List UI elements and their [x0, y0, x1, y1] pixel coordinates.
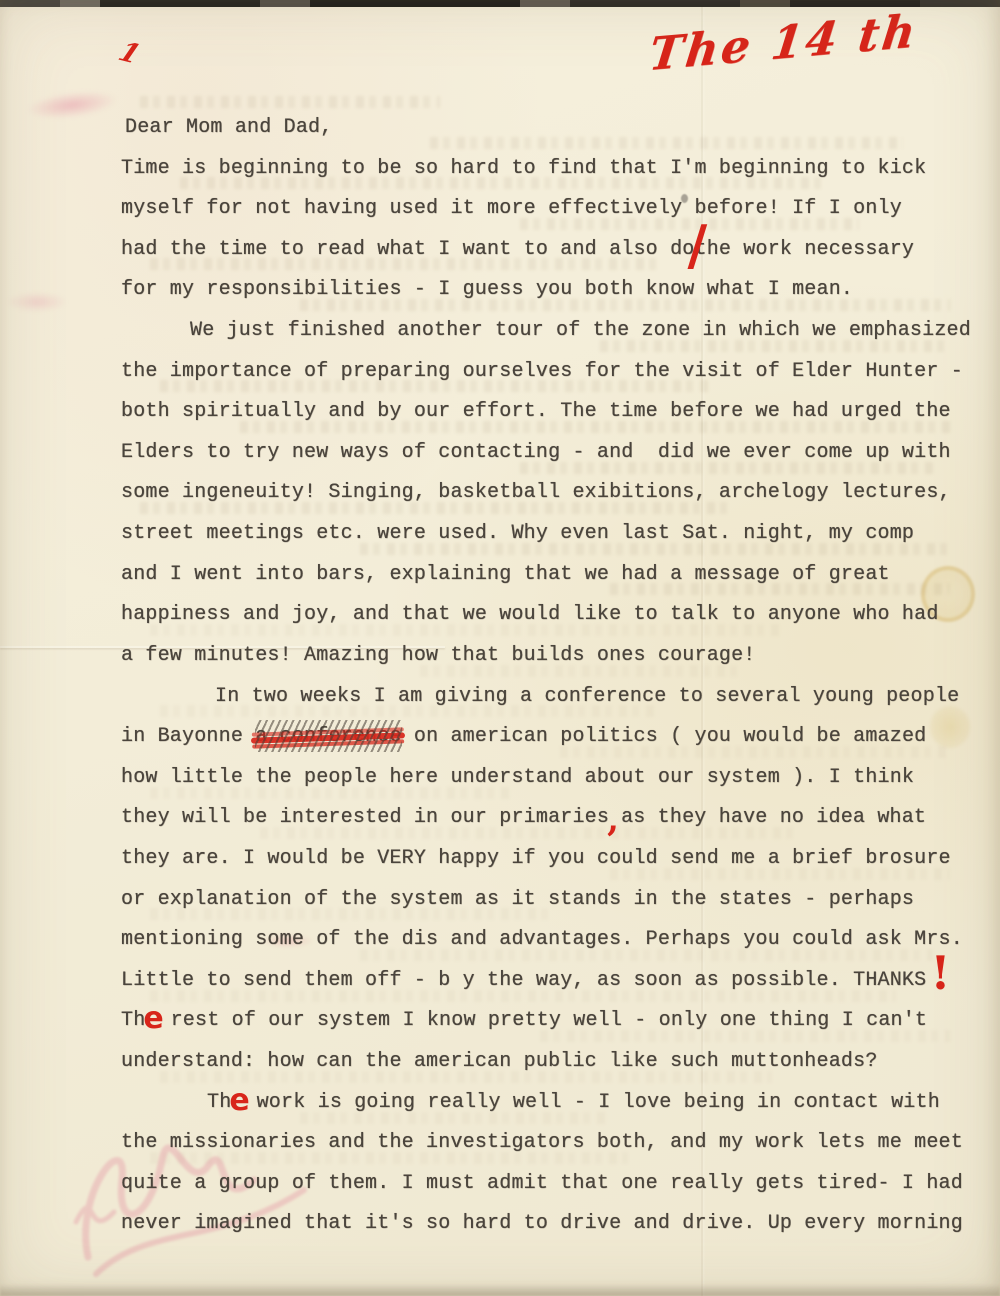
- letter-line: they will be interested in our primaries…: [121, 798, 981, 839]
- text-segment: as they have no idea what: [621, 806, 926, 829]
- text-segment: and I went into bars, explaining that we…: [121, 563, 890, 586]
- text-segment: the missionaries and the investigators b…: [121, 1131, 963, 1154]
- text-segment: mentioning some of the dis and advantage…: [121, 928, 963, 951]
- text-segment: a few minutes! Amazing how that builds o…: [121, 644, 756, 667]
- letter-line: Little to send them off - b y the way, a…: [121, 961, 981, 1002]
- text-segment: the importance of preparing ourselves fo…: [121, 360, 963, 383]
- letter-line: for my responsibilities - I guess you bo…: [121, 270, 981, 311]
- handwritten-page-number: 1: [114, 37, 145, 70]
- letter-line: or explanation of the system as it stand…: [121, 880, 981, 921]
- text-segment: for my responsibilities - I guess you bo…: [121, 278, 853, 301]
- ink-smudge: [25, 86, 119, 123]
- letter-line: The rest of our system I know pretty wel…: [121, 1001, 981, 1042]
- text-segment: Time is beginning to be so hard to find …: [121, 157, 926, 180]
- letter-line: street meetings etc. were used. Why even…: [121, 514, 981, 555]
- letter-line: the importance of preparing ourselves fo…: [121, 352, 981, 393]
- letter-line: mentioning some of the dis and advantage…: [121, 920, 981, 961]
- letter-line: Dear Mom and Dad,: [121, 108, 981, 149]
- letter-line: the missionaries and the investigators b…: [121, 1123, 981, 1164]
- text-segment: understand: how can the american public …: [121, 1050, 878, 1073]
- letter-line: The work is going really well - I love b…: [121, 1083, 981, 1124]
- letter-line: they are. I would be VERY happy if you c…: [121, 839, 981, 880]
- letter-line: myself for not having used it more effec…: [121, 189, 981, 230]
- text-segment: Little to send them off - b y the way, a…: [121, 969, 926, 992]
- letter-line: and I went into bars, explaining that we…: [121, 555, 981, 596]
- text-segment: they will be interested in our primaries: [121, 806, 609, 829]
- text-segment: street meetings etc. were used. Why even…: [121, 522, 914, 545]
- letter-page: The 14 th 1 Dear Mom and Dad,Time is beg…: [0, 0, 1000, 1296]
- text-segment: work is going really well - I love being…: [244, 1091, 940, 1114]
- strikethrough-correction: a conference: [255, 717, 401, 758]
- letter-line: happiness and joy, and that we would lik…: [121, 595, 981, 636]
- letter-line: We just finished another tour of the zon…: [121, 311, 981, 352]
- text-segment: Dear Mom and Dad,: [125, 116, 332, 139]
- text-segment: happiness and joy, and that we would lik…: [121, 603, 939, 626]
- text-segment: Th: [207, 1091, 231, 1114]
- letter-body: Dear Mom and Dad,Time is beginning to be…: [121, 108, 981, 1245]
- letter-line: a few minutes! Amazing how that builds o…: [121, 636, 981, 677]
- text-segment: had the time to read what I want to and …: [121, 238, 695, 261]
- bleed-through-row: [140, 96, 440, 108]
- text-segment: never imagined that it's so hard to driv…: [121, 1212, 963, 1235]
- letter-line: had the time to read what I want to and …: [121, 230, 981, 271]
- text-segment: We just finished another tour of the zon…: [190, 319, 971, 342]
- letter-line: never imagined that it's so hard to driv…: [121, 1204, 981, 1245]
- text-segment: or explanation of the system as it stand…: [121, 888, 914, 911]
- letter-line: In two weeks I am giving a conference to…: [121, 677, 981, 718]
- letter-line: how little the people here understand ab…: [121, 758, 981, 799]
- text-segment: rest of our system I know pretty well - …: [158, 1009, 927, 1032]
- text-segment: how little the people here understand ab…: [121, 766, 914, 789]
- letter-line: some ingeneuity! Singing, basketball exi…: [121, 473, 981, 514]
- scan-top-edge: [0, 0, 1000, 7]
- text-segment: both spiritually and by our effort. The …: [121, 400, 951, 423]
- letter-line: in Bayonne a conference on american poli…: [121, 717, 981, 758]
- letter-line: quite a group of them. I must admit that…: [121, 1164, 981, 1205]
- letter-line: Elders to try new ways of contacting - a…: [121, 433, 981, 474]
- letter-line: Time is beginning to be so hard to find …: [121, 149, 981, 190]
- text-segment: the work necessary: [695, 238, 915, 261]
- text-segment: In two weeks I am giving a conference to…: [215, 685, 959, 708]
- letter-line: both spiritually and by our effort. The …: [121, 392, 981, 433]
- text-segment: quite a group of them. I must admit that…: [121, 1172, 963, 1195]
- text-segment: some ingeneuity! Singing, basketball exi…: [121, 481, 951, 504]
- handwritten-date-annotation: The 14 th: [646, 4, 921, 81]
- letter-line: understand: how can the american public …: [121, 1042, 981, 1083]
- text-segment: they are. I would be VERY happy if you c…: [121, 847, 951, 870]
- scan-bottom-edge: [0, 1284, 1000, 1296]
- text-segment: in Bayonne: [121, 725, 255, 748]
- text-segment: myself for not having used it more effec…: [121, 197, 902, 220]
- text-segment: Th: [121, 1009, 145, 1032]
- text-segment: Elders to try new ways of contacting - a…: [121, 441, 951, 464]
- text-segment: on american politics ( you would be amaz…: [402, 725, 927, 748]
- ink-smudge: [6, 292, 68, 312]
